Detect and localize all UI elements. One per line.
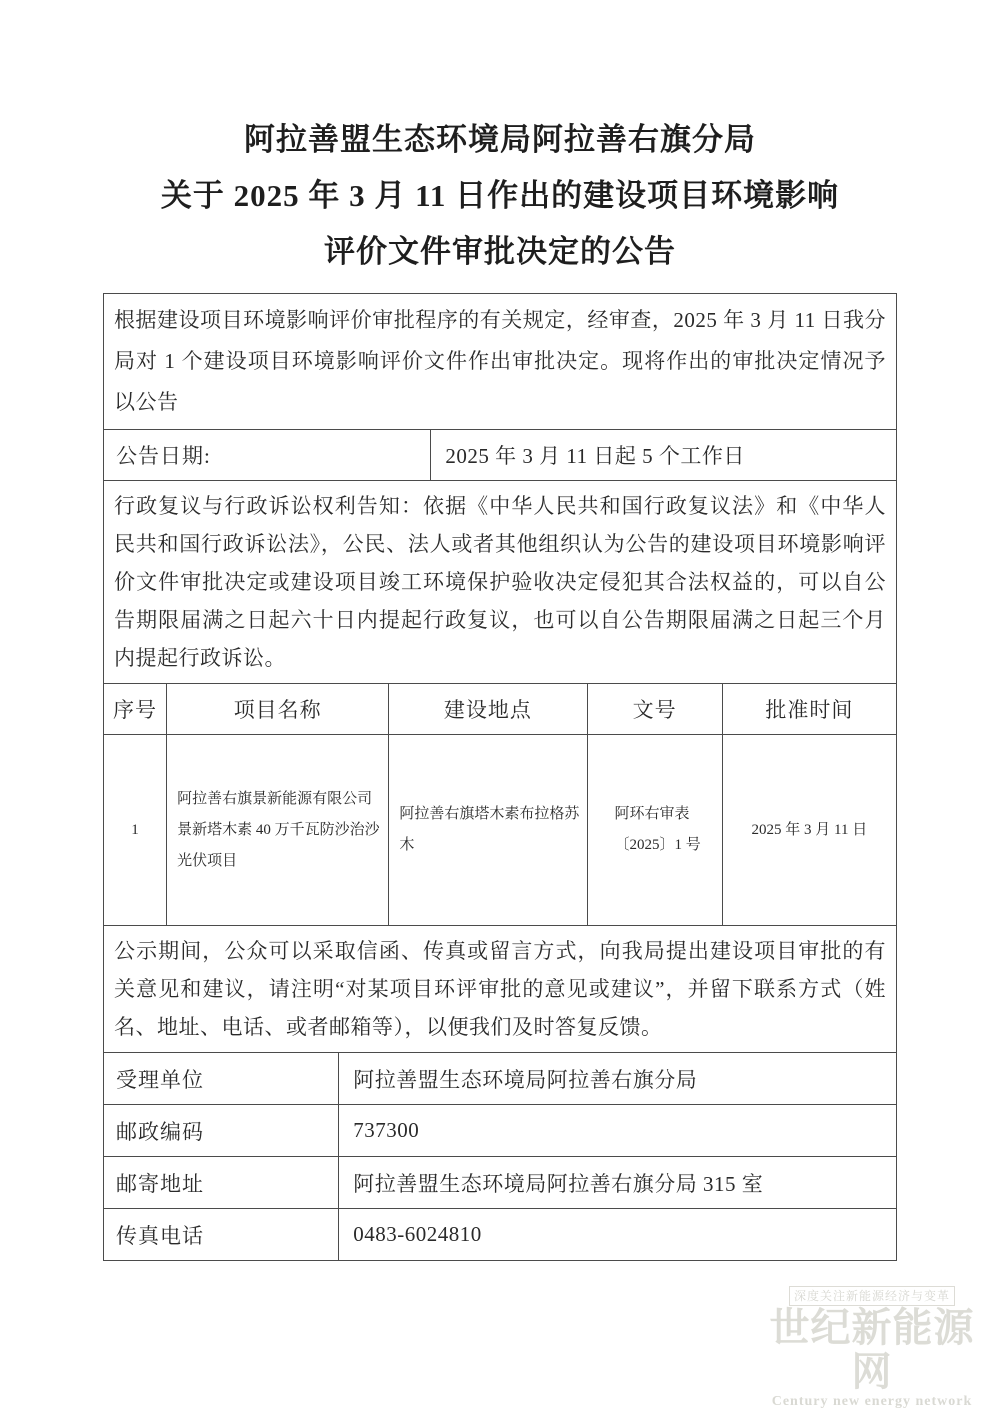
- header-location: 建设地点: [389, 684, 587, 735]
- contact-row-address: 邮寄地址 阿拉善盟生态环境局阿拉善右旗分局 315 室: [104, 1157, 897, 1209]
- contact-value-unit: 阿拉善盟生态环境局阿拉善右旗分局: [339, 1053, 897, 1105]
- contact-label-fax: 传真电话: [104, 1209, 339, 1261]
- header-seq: 序号: [104, 684, 167, 735]
- watermark-brand-logo: 世纪新能源网: [750, 1306, 994, 1394]
- announce-date-value: 2025 年 3 月 11 日起 5 个工作日: [431, 430, 897, 481]
- header-doc-number: 文号: [587, 684, 722, 735]
- contact-label-unit: 受理单位: [104, 1053, 339, 1105]
- contact-row-postcode: 邮政编码 737300: [104, 1105, 897, 1157]
- watermark-tagline: 深度关注新能源经济与变革: [789, 1286, 955, 1306]
- watermark-english-text: Century new energy network: [750, 1394, 994, 1410]
- contact-value-fax: 0483-6024810: [339, 1209, 897, 1261]
- document-title: 阿拉善盟生态环境局阿拉善右旗分局 关于 2025 年 3 月 11 日作出的建设…: [103, 112, 897, 280]
- announce-date-label: 公告日期:: [104, 430, 431, 481]
- contact-row-unit: 受理单位 阿拉善盟生态环境局阿拉善右旗分局: [104, 1053, 897, 1105]
- contact-label-address: 邮寄地址: [104, 1157, 339, 1209]
- title-line-3: 评价文件审批决定的公告: [103, 224, 897, 280]
- header-project-name: 项目名称: [167, 684, 389, 735]
- contact-value-postcode: 737300: [339, 1105, 897, 1157]
- projects-header-row: 序号 项目名称 建设地点 文号 批准时间: [104, 684, 897, 735]
- project-location: 阿拉善右旗塔木素布拉格苏木: [389, 735, 587, 926]
- project-doc-number: 阿环右审表〔2025〕1 号: [587, 735, 722, 926]
- notice-table: 根据建设项目环境影响评价审批程序的有关规定，经审查，2025 年 3 月 11 …: [103, 293, 897, 1261]
- project-row: 1 阿拉善右旗景新能源有限公司景新塔木素 40 万千瓦防沙治沙光伏项目 阿拉善右…: [104, 735, 897, 926]
- intro-paragraph: 根据建设项目环境影响评价审批程序的有关规定，经审查，2025 年 3 月 11 …: [104, 294, 897, 430]
- contact-label-postcode: 邮政编码: [104, 1105, 339, 1157]
- document-page: 阿拉善盟生态环境局阿拉善右旗分局 关于 2025 年 3 月 11 日作出的建设…: [103, 0, 897, 1261]
- rights-row: 行政复议与行政诉讼权利告知：依据《中华人民共和国行政复议法》和《中华人民共和国行…: [104, 481, 897, 684]
- feedback-row: 公示期间，公众可以采取信函、传真或留言方式，向我局提出建设项目审批的有关意见和建…: [104, 926, 897, 1053]
- rights-paragraph: 行政复议与行政诉讼权利告知：依据《中华人民共和国行政复议法》和《中华人民共和国行…: [104, 481, 897, 684]
- contact-row-fax: 传真电话 0483-6024810: [104, 1209, 897, 1261]
- announce-date-row: 公告日期: 2025 年 3 月 11 日起 5 个工作日: [104, 430, 897, 481]
- title-line-2: 关于 2025 年 3 月 11 日作出的建设项目环境影响: [103, 168, 897, 224]
- header-approval-date: 批准时间: [722, 684, 896, 735]
- contact-value-address: 阿拉善盟生态环境局阿拉善右旗分局 315 室: [339, 1157, 897, 1209]
- title-line-1: 阿拉善盟生态环境局阿拉善右旗分局: [103, 112, 897, 168]
- project-name: 阿拉善右旗景新能源有限公司景新塔木素 40 万千瓦防沙治沙光伏项目: [167, 735, 389, 926]
- feedback-paragraph: 公示期间，公众可以采取信函、传真或留言方式，向我局提出建设项目审批的有关意见和建…: [104, 926, 897, 1053]
- site-watermark: 深度关注新能源经济与变革 世纪新能源网 Century new energy n…: [750, 1286, 994, 1410]
- intro-row: 根据建设项目环境影响评价审批程序的有关规定，经审查，2025 年 3 月 11 …: [104, 294, 897, 430]
- project-approval-date: 2025 年 3 月 11 日: [722, 735, 896, 926]
- project-seq: 1: [104, 735, 167, 926]
